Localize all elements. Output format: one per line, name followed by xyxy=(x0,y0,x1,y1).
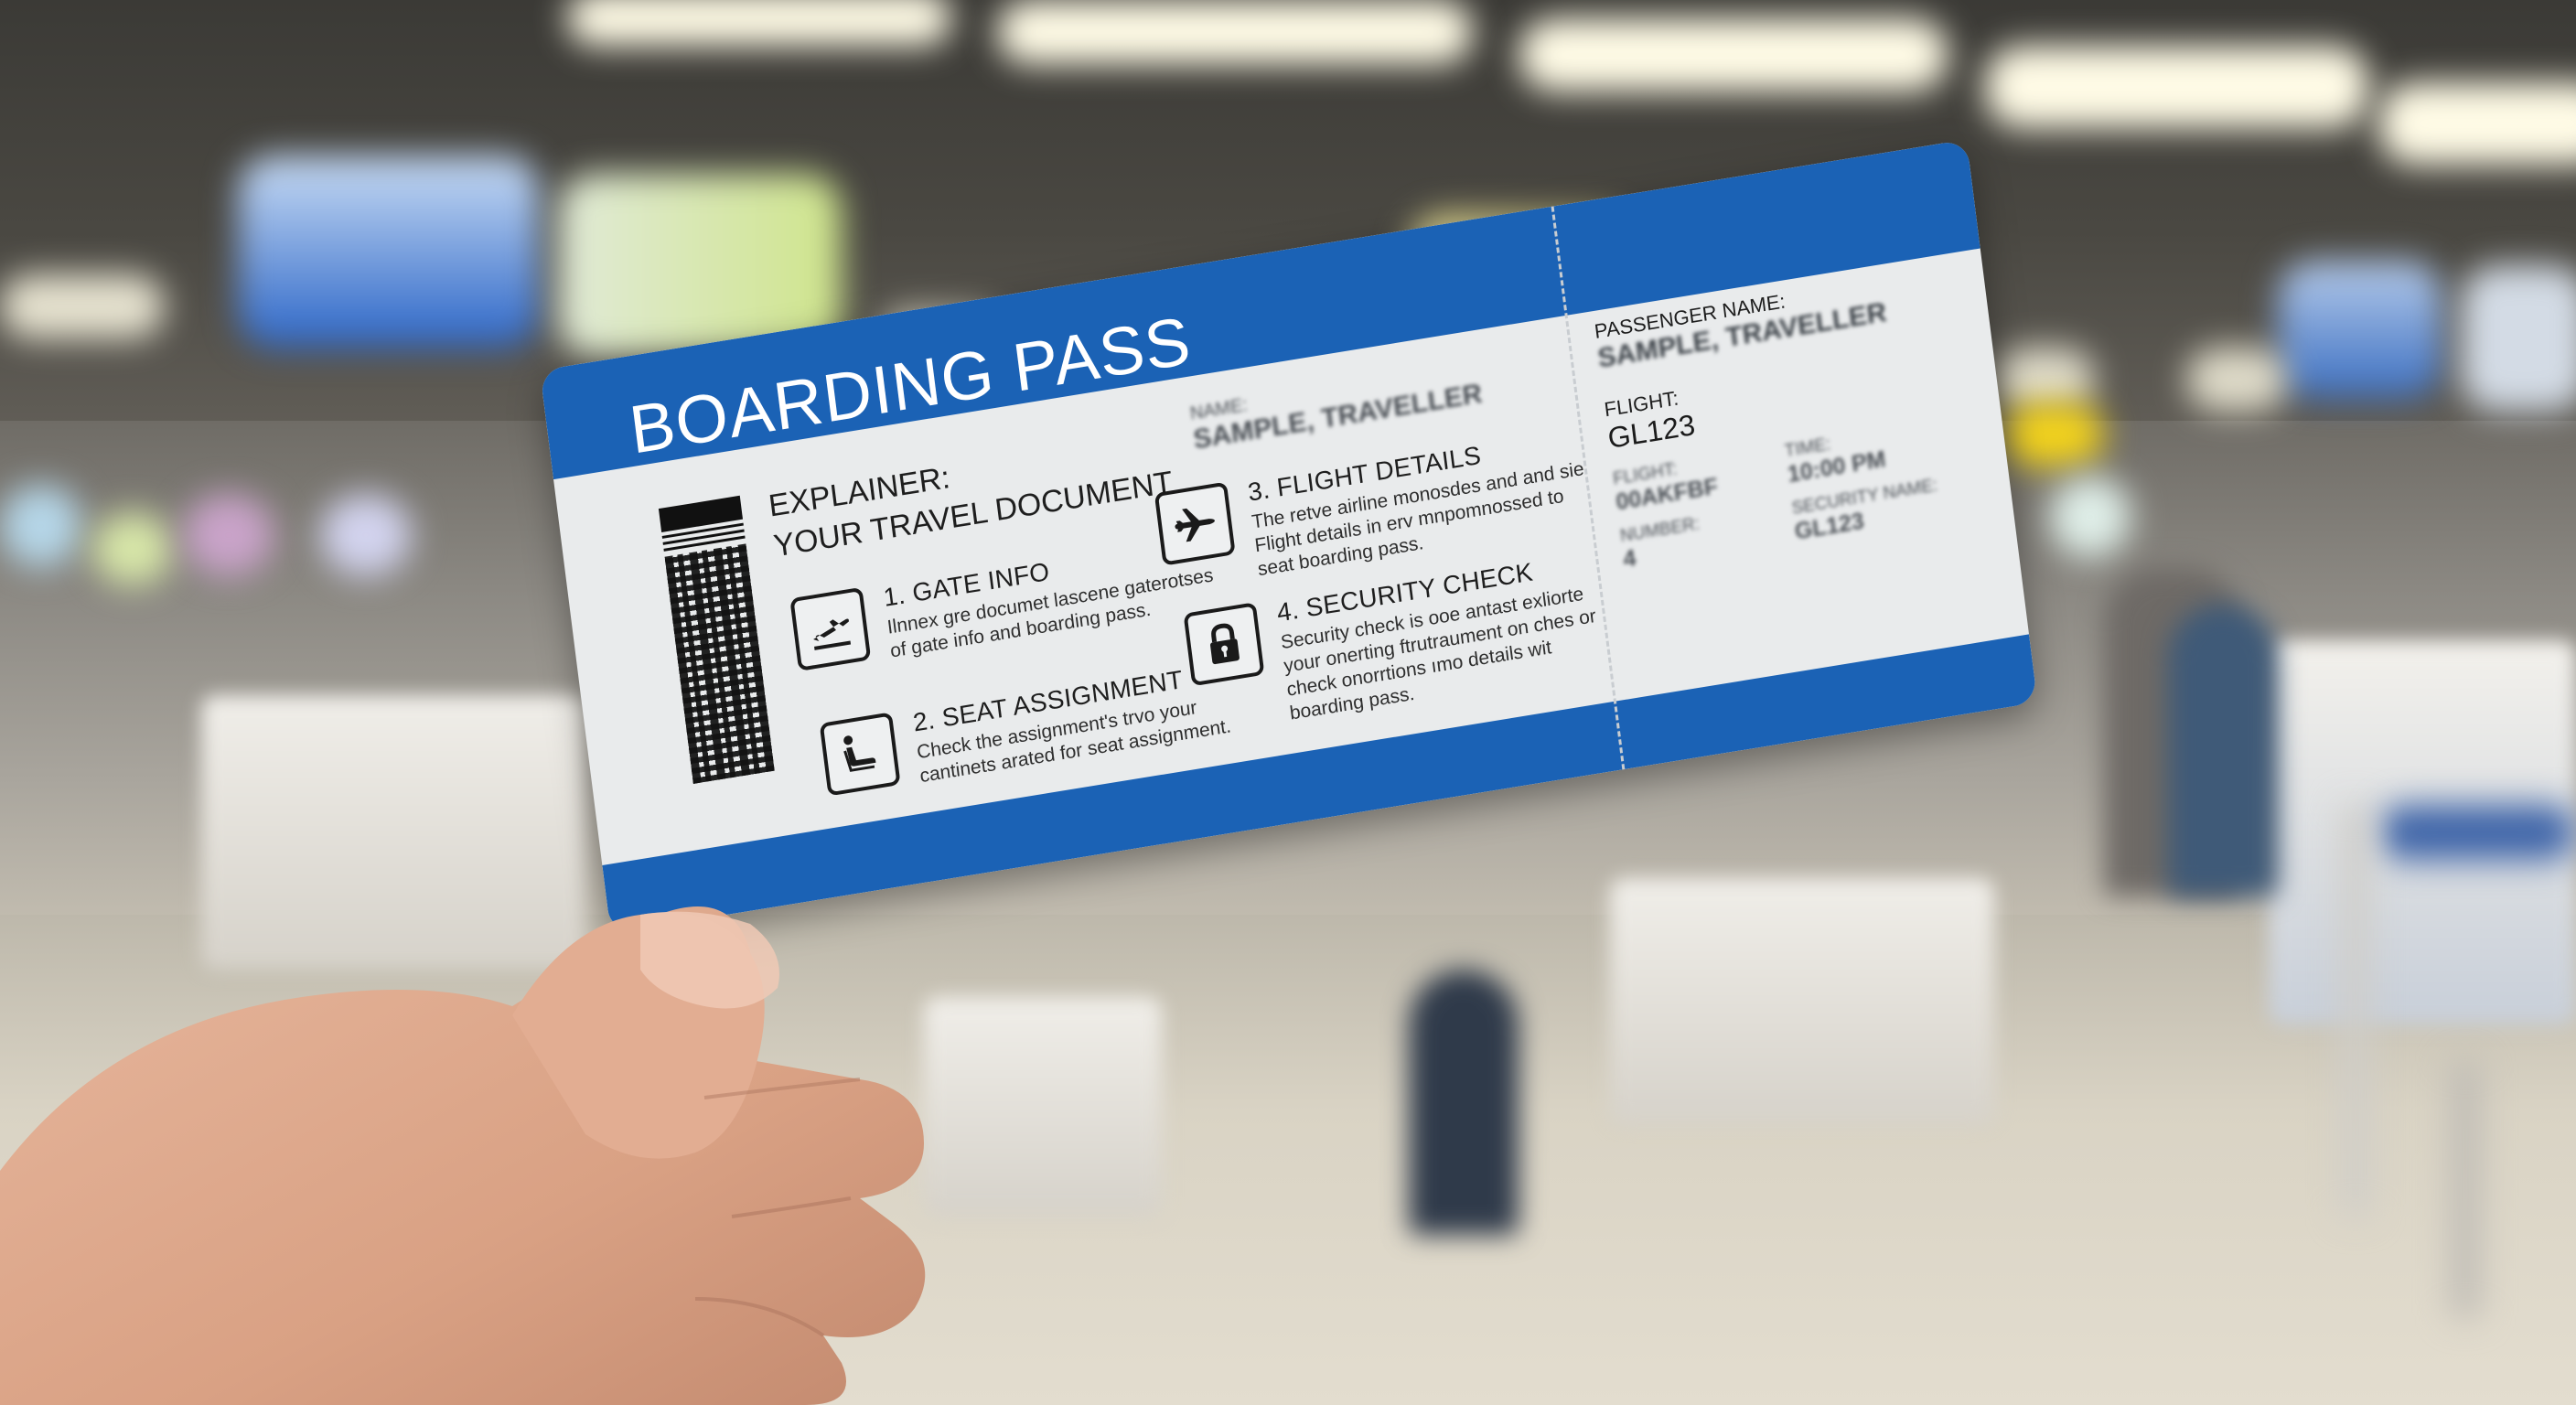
check-in-counter xyxy=(201,695,585,970)
barcode xyxy=(659,496,776,790)
queue-post xyxy=(2452,1061,2479,1317)
explainer-heading: EXPLAINER: YOUR TRAVEL DOCUMENT xyxy=(767,422,1175,566)
main-name-field: NAME: SAMPLE, TRAVELLER xyxy=(1189,358,1484,456)
ceiling-light xyxy=(2378,82,2576,165)
queue-post xyxy=(2342,805,2369,1217)
counter-stripe xyxy=(2378,805,2576,860)
lamp xyxy=(2186,348,2287,412)
sign-light xyxy=(0,485,82,567)
person-silhouette xyxy=(2168,604,2278,896)
check-in-counter xyxy=(924,997,1162,1217)
round-light xyxy=(2049,476,2131,558)
floor xyxy=(0,915,2576,1405)
overhead-screen xyxy=(2278,261,2442,398)
sign-light xyxy=(91,512,174,585)
sign-light xyxy=(320,494,412,576)
ceiling-light xyxy=(567,0,951,46)
person-silhouette xyxy=(1409,970,1519,1235)
stub-field: NUMBER: 4 xyxy=(1619,502,1778,574)
overhead-screen xyxy=(2461,265,2576,412)
ceiling-light xyxy=(1985,46,2369,128)
yellow-sign xyxy=(2003,402,2104,467)
seat-icon xyxy=(820,712,901,796)
overhead-screen xyxy=(238,156,540,348)
pass-stub: PASSENGER NAME: SAMPLE, TRAVELLER FLIGHT… xyxy=(1594,259,2005,574)
padlock-icon xyxy=(1183,602,1264,686)
ceiling-light xyxy=(1519,18,1948,91)
sign-light xyxy=(183,494,274,576)
airplane-icon xyxy=(1154,482,1236,566)
lamp xyxy=(0,274,165,338)
plane-departure-icon xyxy=(789,587,871,671)
ceiling-light xyxy=(997,0,1473,64)
check-in-counter xyxy=(1610,878,1994,1125)
